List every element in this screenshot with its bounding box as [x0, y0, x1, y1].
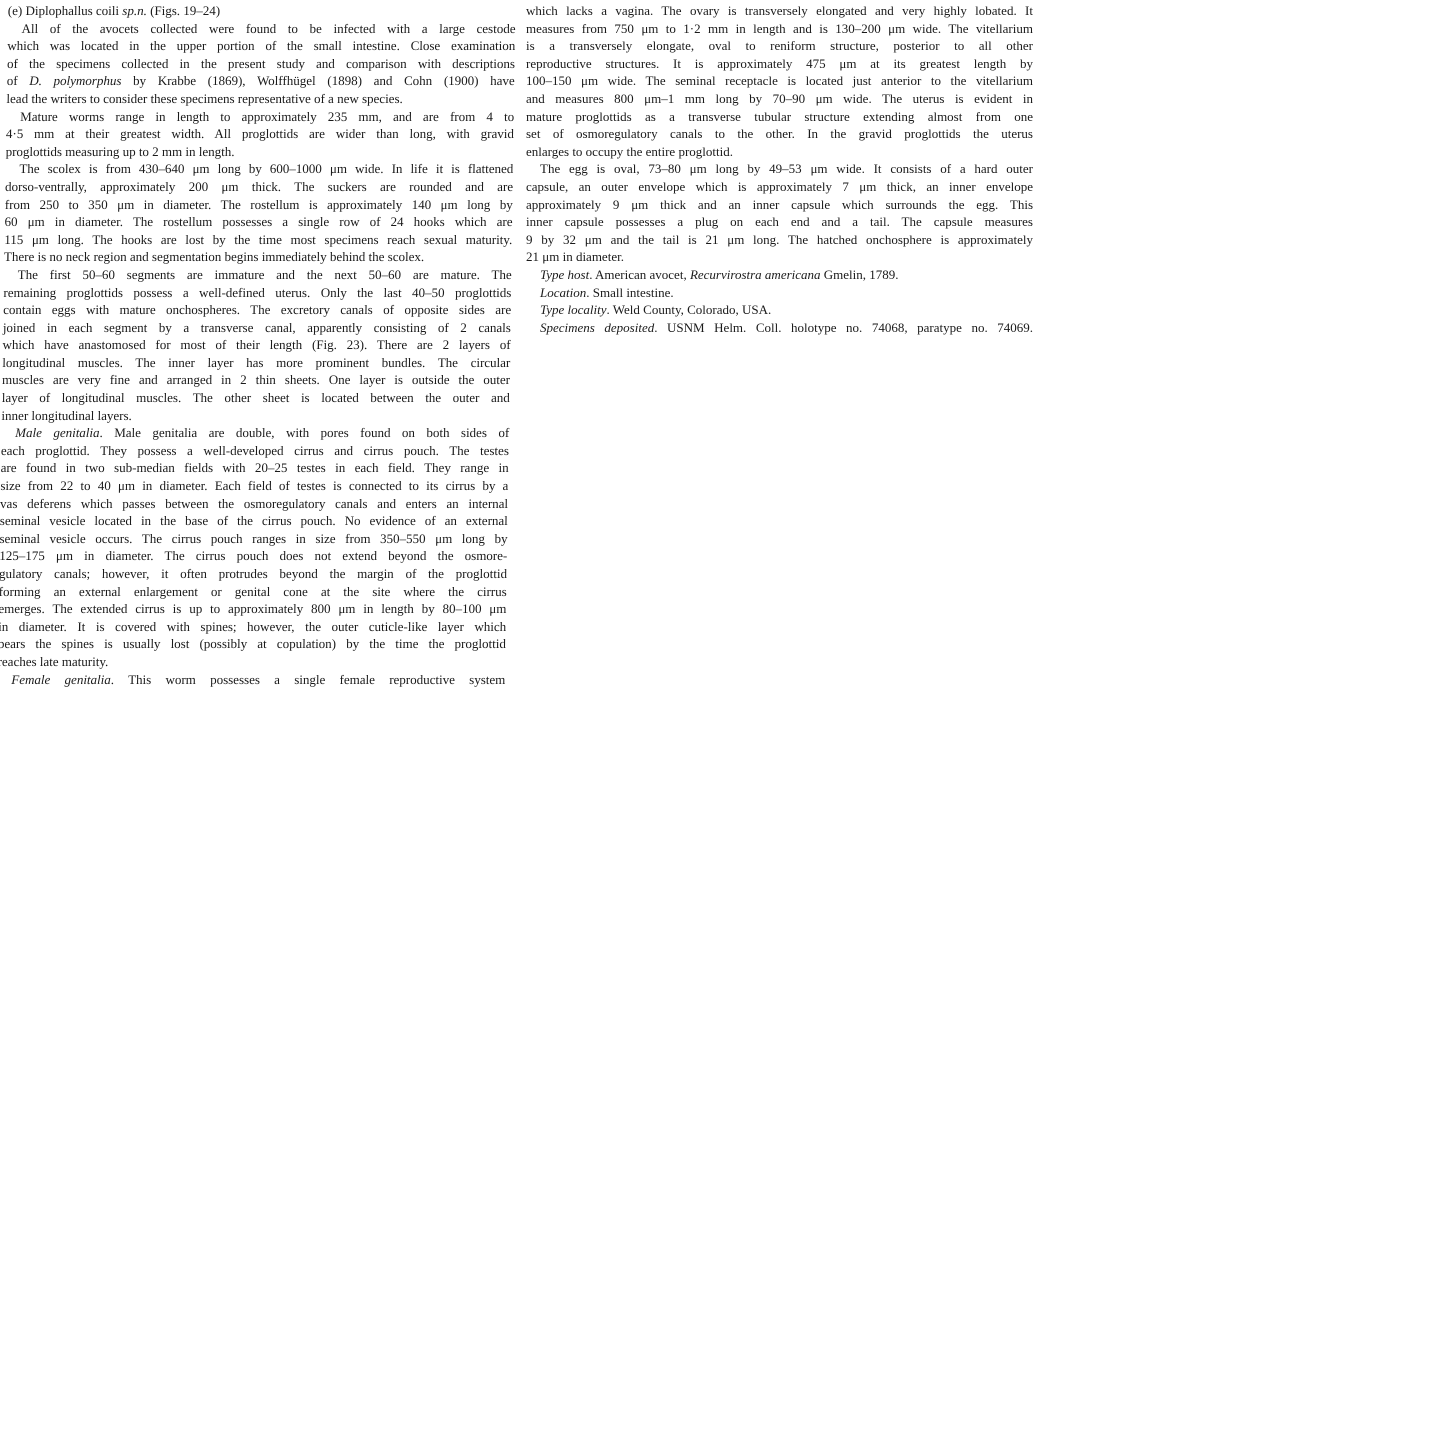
text-run: and measures 800 μm–1 mm long by 70–90 μ… — [526, 91, 1033, 106]
text-run: of the specimens collected in the presen… — [7, 56, 515, 71]
text-line: 4·5 mm at their greatest width. All prog… — [6, 125, 514, 143]
text-line: capsule, an outer envelope which is appr… — [526, 178, 1033, 196]
text-line: Type host. American avocet, Recurvirostr… — [526, 266, 1033, 284]
figure-reference: (Figs. 19–24) — [150, 3, 220, 18]
text-run: which have anastomosed for most of their… — [2, 337, 510, 352]
text-line: gulatory canals; however, it often protr… — [0, 565, 507, 583]
text-line: Mature worms range in length to approxim… — [6, 108, 514, 126]
text-line: The first 50–60 segments are immature an… — [4, 266, 512, 284]
text-line: emerges. The extended cirrus is up to ap… — [0, 600, 507, 618]
text-line: in diameter. It is covered with spines; … — [0, 618, 506, 636]
text-line: joined in each segment by a transverse c… — [3, 319, 511, 337]
text-line: of D. polymorphus by Krabbe (1869), Wolf… — [7, 72, 515, 90]
text-line: mature proglottids as a transverse tubul… — [526, 108, 1033, 126]
text-line: enlarges to occupy the entire proglottid… — [526, 143, 1033, 161]
text-run: size from 22 to 40 μm in diameter. Each … — [0, 478, 508, 493]
text-line: size from 22 to 40 μm in diameter. Each … — [0, 477, 508, 495]
text-run: inner capsule possesses a plug on each e… — [526, 214, 1033, 229]
text-run: . This worm possesses a single female re… — [111, 672, 506, 687]
italic-text: Male genitalia — [15, 425, 100, 440]
text-run: inner longitudinal layers. — [1, 408, 132, 423]
text-line: All of the avocets collected were found … — [7, 20, 515, 38]
text-run: seminal vesicle occurs. The cirrus pouch… — [0, 531, 508, 546]
text-line: from 250 to 350 μm in diameter. The rost… — [5, 196, 513, 214]
text-line: forming an external enlargement or genit… — [0, 583, 507, 601]
text-line: Male genitalia. Male genitalia are doubl… — [1, 424, 509, 442]
text-run: 115 μm long. The hooks are lost by the t… — [4, 232, 512, 247]
text-run: . Small intestine. — [586, 285, 673, 300]
text-line: proglottids measuring up to 2 mm in leng… — [6, 143, 514, 161]
text-line: vas deferens which passes between the os… — [0, 495, 508, 513]
text-line: The scolex is from 430–640 μm long by 60… — [5, 160, 513, 178]
text-line: Female genitalia. This worm possesses a … — [0, 671, 505, 689]
text-run: contain eggs with mature onchospheres. T… — [3, 302, 511, 317]
italic-text: Type locality — [540, 302, 607, 317]
text-run: 100–150 μm wide. The seminal receptacle … — [526, 73, 1033, 88]
text-line: reaches late maturity. — [0, 653, 506, 671]
text-run: capsule, an outer envelope which is appr… — [526, 179, 1033, 194]
text-run: The egg is oval, 73–80 μm long by 49–53 … — [540, 161, 1033, 176]
text-run: layer of longitudinal muscles. The other… — [2, 390, 510, 405]
text-line: inner longitudinal layers. — [1, 407, 509, 425]
text-run: reaches late maturity. — [0, 654, 108, 669]
text-run: 4·5 mm at their greatest width. All prog… — [6, 126, 514, 141]
text-run: . Weld County, Colorado, USA. — [607, 302, 772, 317]
text-run: 125–175 μm in diameter. The cirrus pouch… — [0, 548, 507, 563]
left-column: (e) Diplophallus coili sp.n. (Figs. 19–2… — [0, 2, 516, 688]
text-line: Location. Small intestine. — [526, 284, 1033, 302]
text-run: measures from 750 μm to 1·2 mm in length… — [526, 21, 1033, 36]
text-line: longitudinal muscles. The inner layer ha… — [2, 354, 510, 372]
left-column-body: All of the avocets collected were found … — [0, 20, 516, 689]
text-run: Gmelin, 1789. — [821, 267, 899, 282]
text-line: bears the spines is usually lost (possib… — [0, 635, 506, 653]
text-line: which lacks a vagina. The ovary is trans… — [526, 2, 1033, 20]
italic-text: Recurvirostra americana — [690, 267, 821, 282]
text-run: from 250 to 350 μm in diameter. The rost… — [5, 197, 513, 212]
text-run: lead the writers to consider these speci… — [6, 91, 403, 106]
text-run: which was located in the upper portion o… — [7, 38, 515, 53]
text-run: forming an external enlargement or genit… — [0, 584, 507, 599]
text-run: vas deferens which passes between the os… — [0, 496, 508, 511]
text-run: gulatory canals; however, it often protr… — [0, 566, 507, 581]
text-run: 9 by 32 μm and the tail is 21 μm long. T… — [526, 232, 1033, 247]
text-run: which lacks a vagina. The ovary is trans… — [526, 3, 1033, 18]
text-run: is a transversely elongate, oval to reni… — [526, 38, 1033, 53]
text-line: layer of longitudinal muscles. The other… — [2, 389, 510, 407]
text-run: each proglottid. They possess a well-dev… — [1, 443, 509, 458]
text-line: reproductive structures. It is approxima… — [526, 55, 1033, 73]
text-line: lead the writers to consider these speci… — [6, 90, 514, 108]
text-line: remaining proglottids possess a well-def… — [3, 284, 511, 302]
section-label: (e) — [8, 3, 23, 18]
text-run: set of osmoregulatory canals to the othe… — [526, 126, 1033, 141]
text-line: set of osmoregulatory canals to the othe… — [526, 125, 1033, 143]
italic-text: Type host — [540, 267, 589, 282]
text-line: inner capsule possesses a plug on each e… — [526, 213, 1033, 231]
text-line: are found in two sub-median fields with … — [1, 459, 509, 477]
text-line: contain eggs with mature onchospheres. T… — [3, 301, 511, 319]
text-line: seminal vesicle located in the base of t… — [0, 512, 508, 530]
text-line: approximately 9 μm thick and an inner ca… — [526, 196, 1033, 214]
text-line: 60 μm in diameter. The rostellum possess… — [4, 213, 512, 231]
text-line: 21 μm in diameter. — [526, 248, 1033, 266]
species-name: Diplophallus coili — [25, 3, 119, 18]
right-column-body: which lacks a vagina. The ovary is trans… — [526, 2, 1033, 336]
text-line: 100–150 μm wide. The seminal receptacle … — [526, 72, 1033, 90]
text-run: emerges. The extended cirrus is up to ap… — [0, 601, 507, 616]
text-line: muscles are very fine and arranged in 2 … — [2, 371, 510, 389]
text-line: each proglottid. They possess a well-dev… — [1, 442, 509, 460]
text-line: 115 μm long. The hooks are lost by the t… — [4, 231, 512, 249]
text-run: enlarges to occupy the entire proglottid… — [526, 144, 733, 159]
text-line: measures from 750 μm to 1·2 mm in length… — [526, 20, 1033, 38]
text-line: The egg is oval, 73–80 μm long by 49–53 … — [526, 160, 1033, 178]
text-run: . Male genitalia are double, with pores … — [99, 425, 509, 440]
text-line: Type locality. Weld County, Colorado, US… — [526, 301, 1033, 319]
italic-text: D. polymorphus — [29, 73, 121, 88]
text-run: approximately 9 μm thick and an inner ca… — [526, 197, 1033, 212]
text-run: mature proglottids as a transverse tubul… — [526, 109, 1033, 124]
italic-text: Location — [540, 285, 586, 300]
text-run: Mature worms range in length to approxim… — [20, 109, 514, 124]
text-run: . American avocet, — [589, 267, 690, 282]
text-line: is a transversely elongate, oval to reni… — [526, 37, 1033, 55]
text-run: remaining proglottids possess a well-def… — [3, 285, 511, 300]
text-line: which was located in the upper portion o… — [7, 37, 515, 55]
text-run: proglottids measuring up to 2 mm in leng… — [6, 144, 235, 159]
text-run: in diameter. It is covered with spines; … — [0, 619, 506, 634]
text-run: All of the avocets collected were found … — [21, 21, 515, 36]
document-page: (e) Diplophallus coili sp.n. (Figs. 19–2… — [0, 0, 1440, 1440]
text-line: seminal vesicle occurs. The cirrus pouch… — [0, 530, 508, 548]
text-run: of — [7, 73, 30, 88]
text-run: muscles are very fine and arranged in 2 … — [2, 372, 510, 387]
text-line: There is no neck region and segmentation… — [4, 248, 512, 266]
text-run: are found in two sub-median fields with … — [1, 460, 509, 475]
text-line: dorso-ventrally, approximately 200 μm th… — [5, 178, 513, 196]
section-heading: (e) Diplophallus coili sp.n. (Figs. 19–2… — [8, 2, 516, 20]
text-run: longitudinal muscles. The inner layer ha… — [2, 355, 510, 370]
text-run: 60 μm in diameter. The rostellum possess… — [4, 214, 512, 229]
right-column: which lacks a vagina. The ovary is trans… — [526, 2, 1033, 336]
text-line: 125–175 μm in diameter. The cirrus pouch… — [0, 547, 507, 565]
italic-text: Female genitalia — [11, 672, 111, 687]
text-run: dorso-ventrally, approximately 200 μm th… — [5, 179, 513, 194]
text-line: which have anastomosed for most of their… — [2, 336, 510, 354]
text-run: joined in each segment by a transverse c… — [3, 320, 511, 335]
text-run: bears the spines is usually lost (possib… — [0, 636, 506, 651]
text-run: The first 50–60 segments are immature an… — [18, 267, 512, 282]
text-line: of the specimens collected in the presen… — [7, 55, 515, 73]
text-run: reproductive structures. It is approxima… — [526, 56, 1033, 71]
text-line: Specimens deposited. USNM Helm. Coll. ho… — [526, 319, 1033, 337]
text-run: There is no neck region and segmentation… — [4, 249, 424, 264]
text-run: The scolex is from 430–640 μm long by 60… — [19, 161, 513, 176]
text-line: and measures 800 μm–1 mm long by 70–90 μ… — [526, 90, 1033, 108]
text-run: seminal vesicle located in the base of t… — [0, 513, 508, 528]
text-line: 9 by 32 μm and the tail is 21 μm long. T… — [526, 231, 1033, 249]
text-run: by Krabbe (1869), Wolffhügel (1898) and … — [121, 73, 515, 88]
text-run: . USNM Helm. Coll. holotype no. 74068, p… — [654, 320, 1033, 335]
species-qualifier: sp.n. — [122, 3, 147, 18]
italic-text: Specimens deposited — [540, 320, 654, 335]
text-run: 21 μm in diameter. — [526, 249, 624, 264]
